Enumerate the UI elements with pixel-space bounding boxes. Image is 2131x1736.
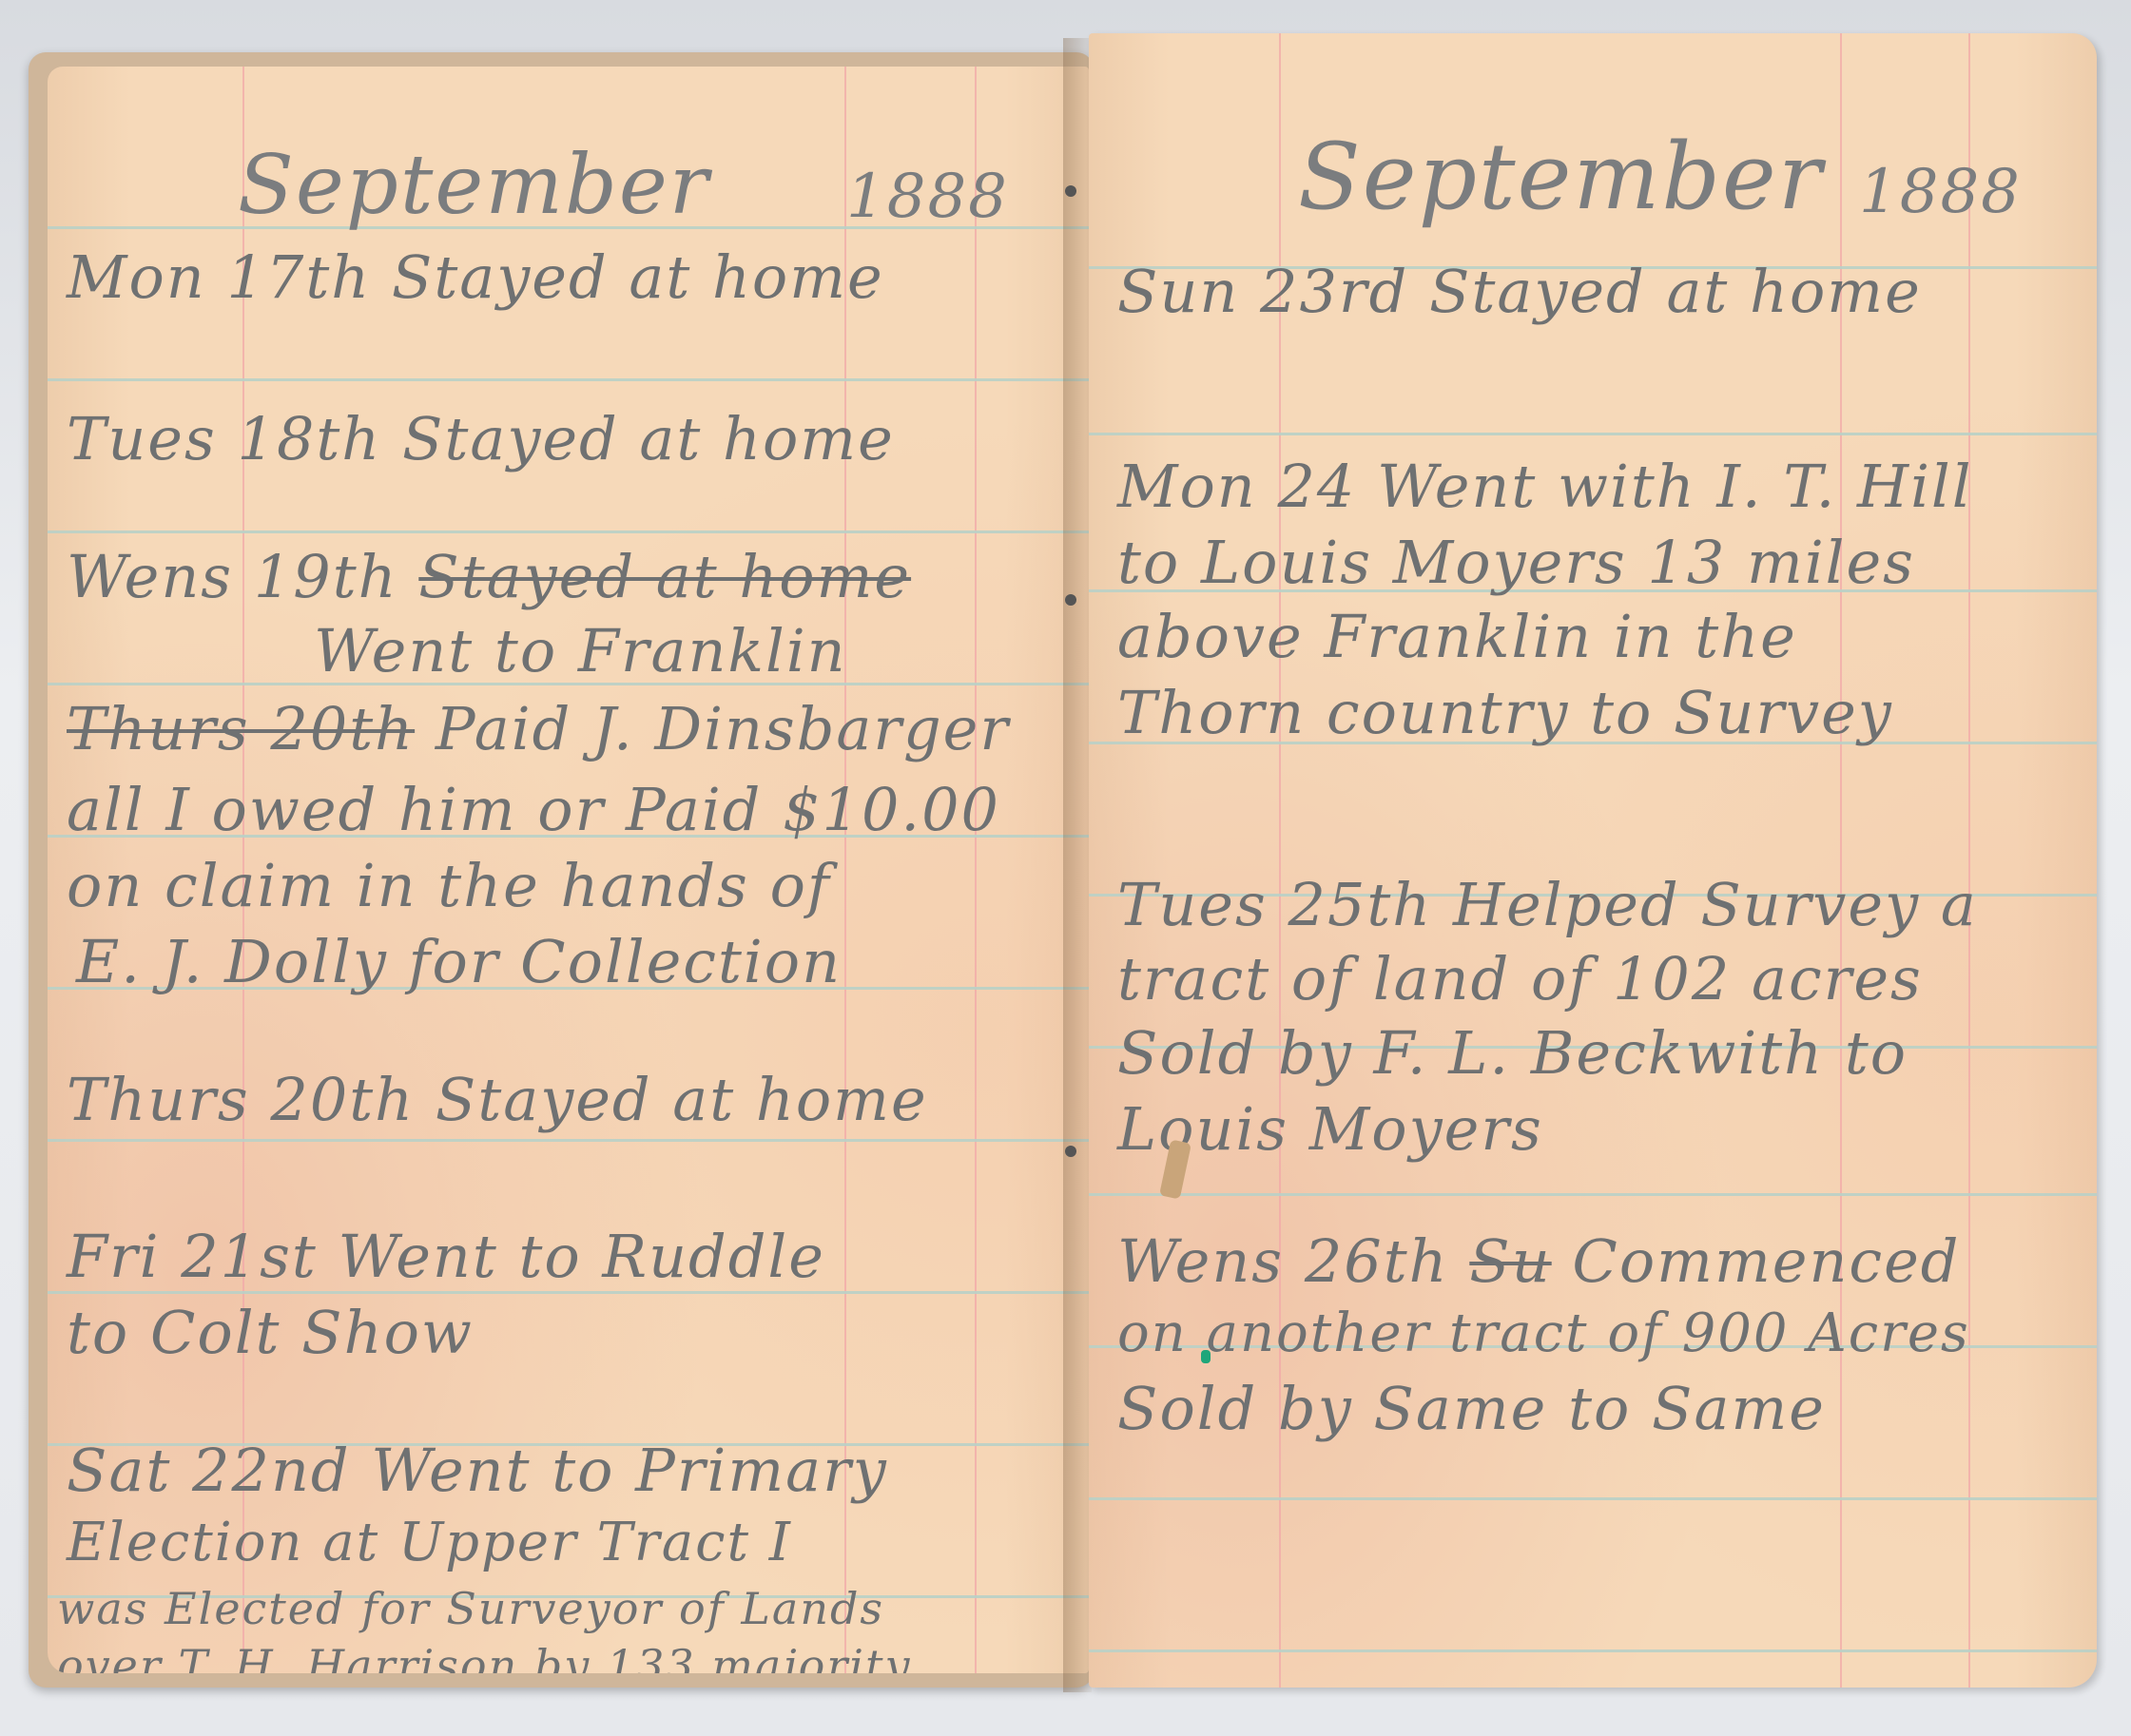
- margin-line: [975, 67, 977, 1673]
- struck-entry-day: Thurs 20th: [67, 694, 415, 763]
- entry-text: Thorn country to Survey: [1117, 678, 1893, 747]
- entry-day: Mon 24: [1117, 452, 1356, 521]
- entry-text: Stayed at home: [402, 404, 895, 473]
- entry-text: Sold by F. L. Beckwith to: [1117, 1018, 1908, 1088]
- diary-entry: Wens 26th Su Commenced: [1117, 1226, 1960, 1296]
- entry-day: Sat 22nd: [67, 1436, 351, 1505]
- margin-line: [1968, 33, 1970, 1688]
- entry-text: to Colt Show: [67, 1298, 474, 1367]
- entry-text: Paid J. Dinsbarger: [436, 694, 1010, 763]
- entry-text: to Louis Moyers 13 miles: [1117, 528, 1915, 597]
- entry-text: Stayed at home: [436, 1065, 928, 1134]
- diary-entry: Fri 21st Went to Ruddle: [67, 1222, 825, 1291]
- entry-text: above Franklin in the: [1117, 602, 1797, 671]
- rule-line: [1089, 1193, 2097, 1196]
- binding-hole: [1065, 594, 1076, 606]
- left-page: September 1888 Mon 17th Stayed at home T…: [48, 67, 1089, 1673]
- struck-text: Su: [1469, 1226, 1551, 1296]
- entry-text: on another tract of 900 Acres: [1117, 1302, 1970, 1364]
- binding-hole: [1065, 1146, 1076, 1157]
- entry-text: E. J. Dolly for Collection: [76, 927, 842, 996]
- entry-day: Mon 17th: [67, 242, 371, 312]
- entry-text: Went to Ruddle: [339, 1222, 825, 1291]
- page-year: 1888: [846, 162, 1009, 232]
- page-month-title: September: [238, 138, 710, 233]
- page-year: 1888: [1859, 157, 2022, 227]
- entry-text: Sold by Same to Same: [1117, 1374, 1826, 1443]
- entry-day: Tues 18th: [67, 404, 381, 473]
- entry-day: Tues 25th: [1117, 870, 1432, 939]
- diary-entry: Thurs 20th Paid J. Dinsbarger: [67, 694, 1010, 763]
- entry-text: Election at Upper Tract I: [67, 1512, 792, 1573]
- entry-day: Wens 19th: [67, 542, 398, 611]
- diary-entry: Mon 17th Stayed at home: [67, 242, 884, 312]
- rule-line: [1089, 433, 2097, 435]
- diary-entry: Wens 19th Stayed at home: [67, 542, 911, 611]
- diary-entry: Tues 25th Helped Survey a: [1117, 870, 1978, 939]
- page-month-title: September: [1298, 124, 1824, 230]
- struck-text: Stayed at home: [418, 542, 911, 611]
- entry-day: Sun 23rd: [1117, 257, 1408, 326]
- entry-text: Went to Primary: [371, 1436, 887, 1505]
- entry-text: was Elected for Surveyor of Lands: [57, 1583, 884, 1634]
- entry-day: Thurs 20th: [67, 1065, 415, 1134]
- right-page: September 1888 Sun 23rd Stayed at home M…: [1089, 33, 2097, 1688]
- entry-text: Helped Survey a: [1453, 870, 1978, 939]
- diary-entry: Tues 18th Stayed at home: [67, 404, 895, 473]
- entry-day: Fri 21st: [67, 1222, 318, 1291]
- rule-line: [1089, 1497, 2097, 1500]
- rule-line: [48, 530, 1089, 533]
- rule-line: [48, 1139, 1089, 1142]
- entry-text: Commenced: [1572, 1226, 1960, 1296]
- ink-spot: [1201, 1350, 1211, 1363]
- entry-day: Wens 26th: [1117, 1226, 1449, 1296]
- rule-line: [1089, 1649, 2097, 1652]
- entry-text: Stayed at home: [392, 242, 884, 312]
- rule-line: [48, 378, 1089, 381]
- entry-text: on claim in the hands of: [67, 851, 831, 920]
- entry-text: Went with I. T. Hill: [1377, 452, 1973, 521]
- entry-text: Stayed at home: [1429, 257, 1922, 326]
- binding-hole: [1065, 185, 1076, 197]
- diary-entry: Mon 24 Went with I. T. Hill: [1117, 452, 1973, 521]
- book-gutter: [1063, 38, 1092, 1692]
- rule-line: [48, 1291, 1089, 1294]
- diary-entry: Sat 22nd Went to Primary: [67, 1436, 888, 1505]
- entry-text: all I owed him or Paid $10.00: [67, 775, 1000, 844]
- entry-text: Went to Franklin: [314, 616, 847, 685]
- diary-entry: Thurs 20th Stayed at home: [67, 1065, 928, 1134]
- diary-entry: Sun 23rd Stayed at home: [1117, 257, 1922, 326]
- entry-text: tract of land of 102 acres: [1117, 944, 1923, 1013]
- entry-text: over T. H. Harrison by 133 majority: [57, 1640, 911, 1673]
